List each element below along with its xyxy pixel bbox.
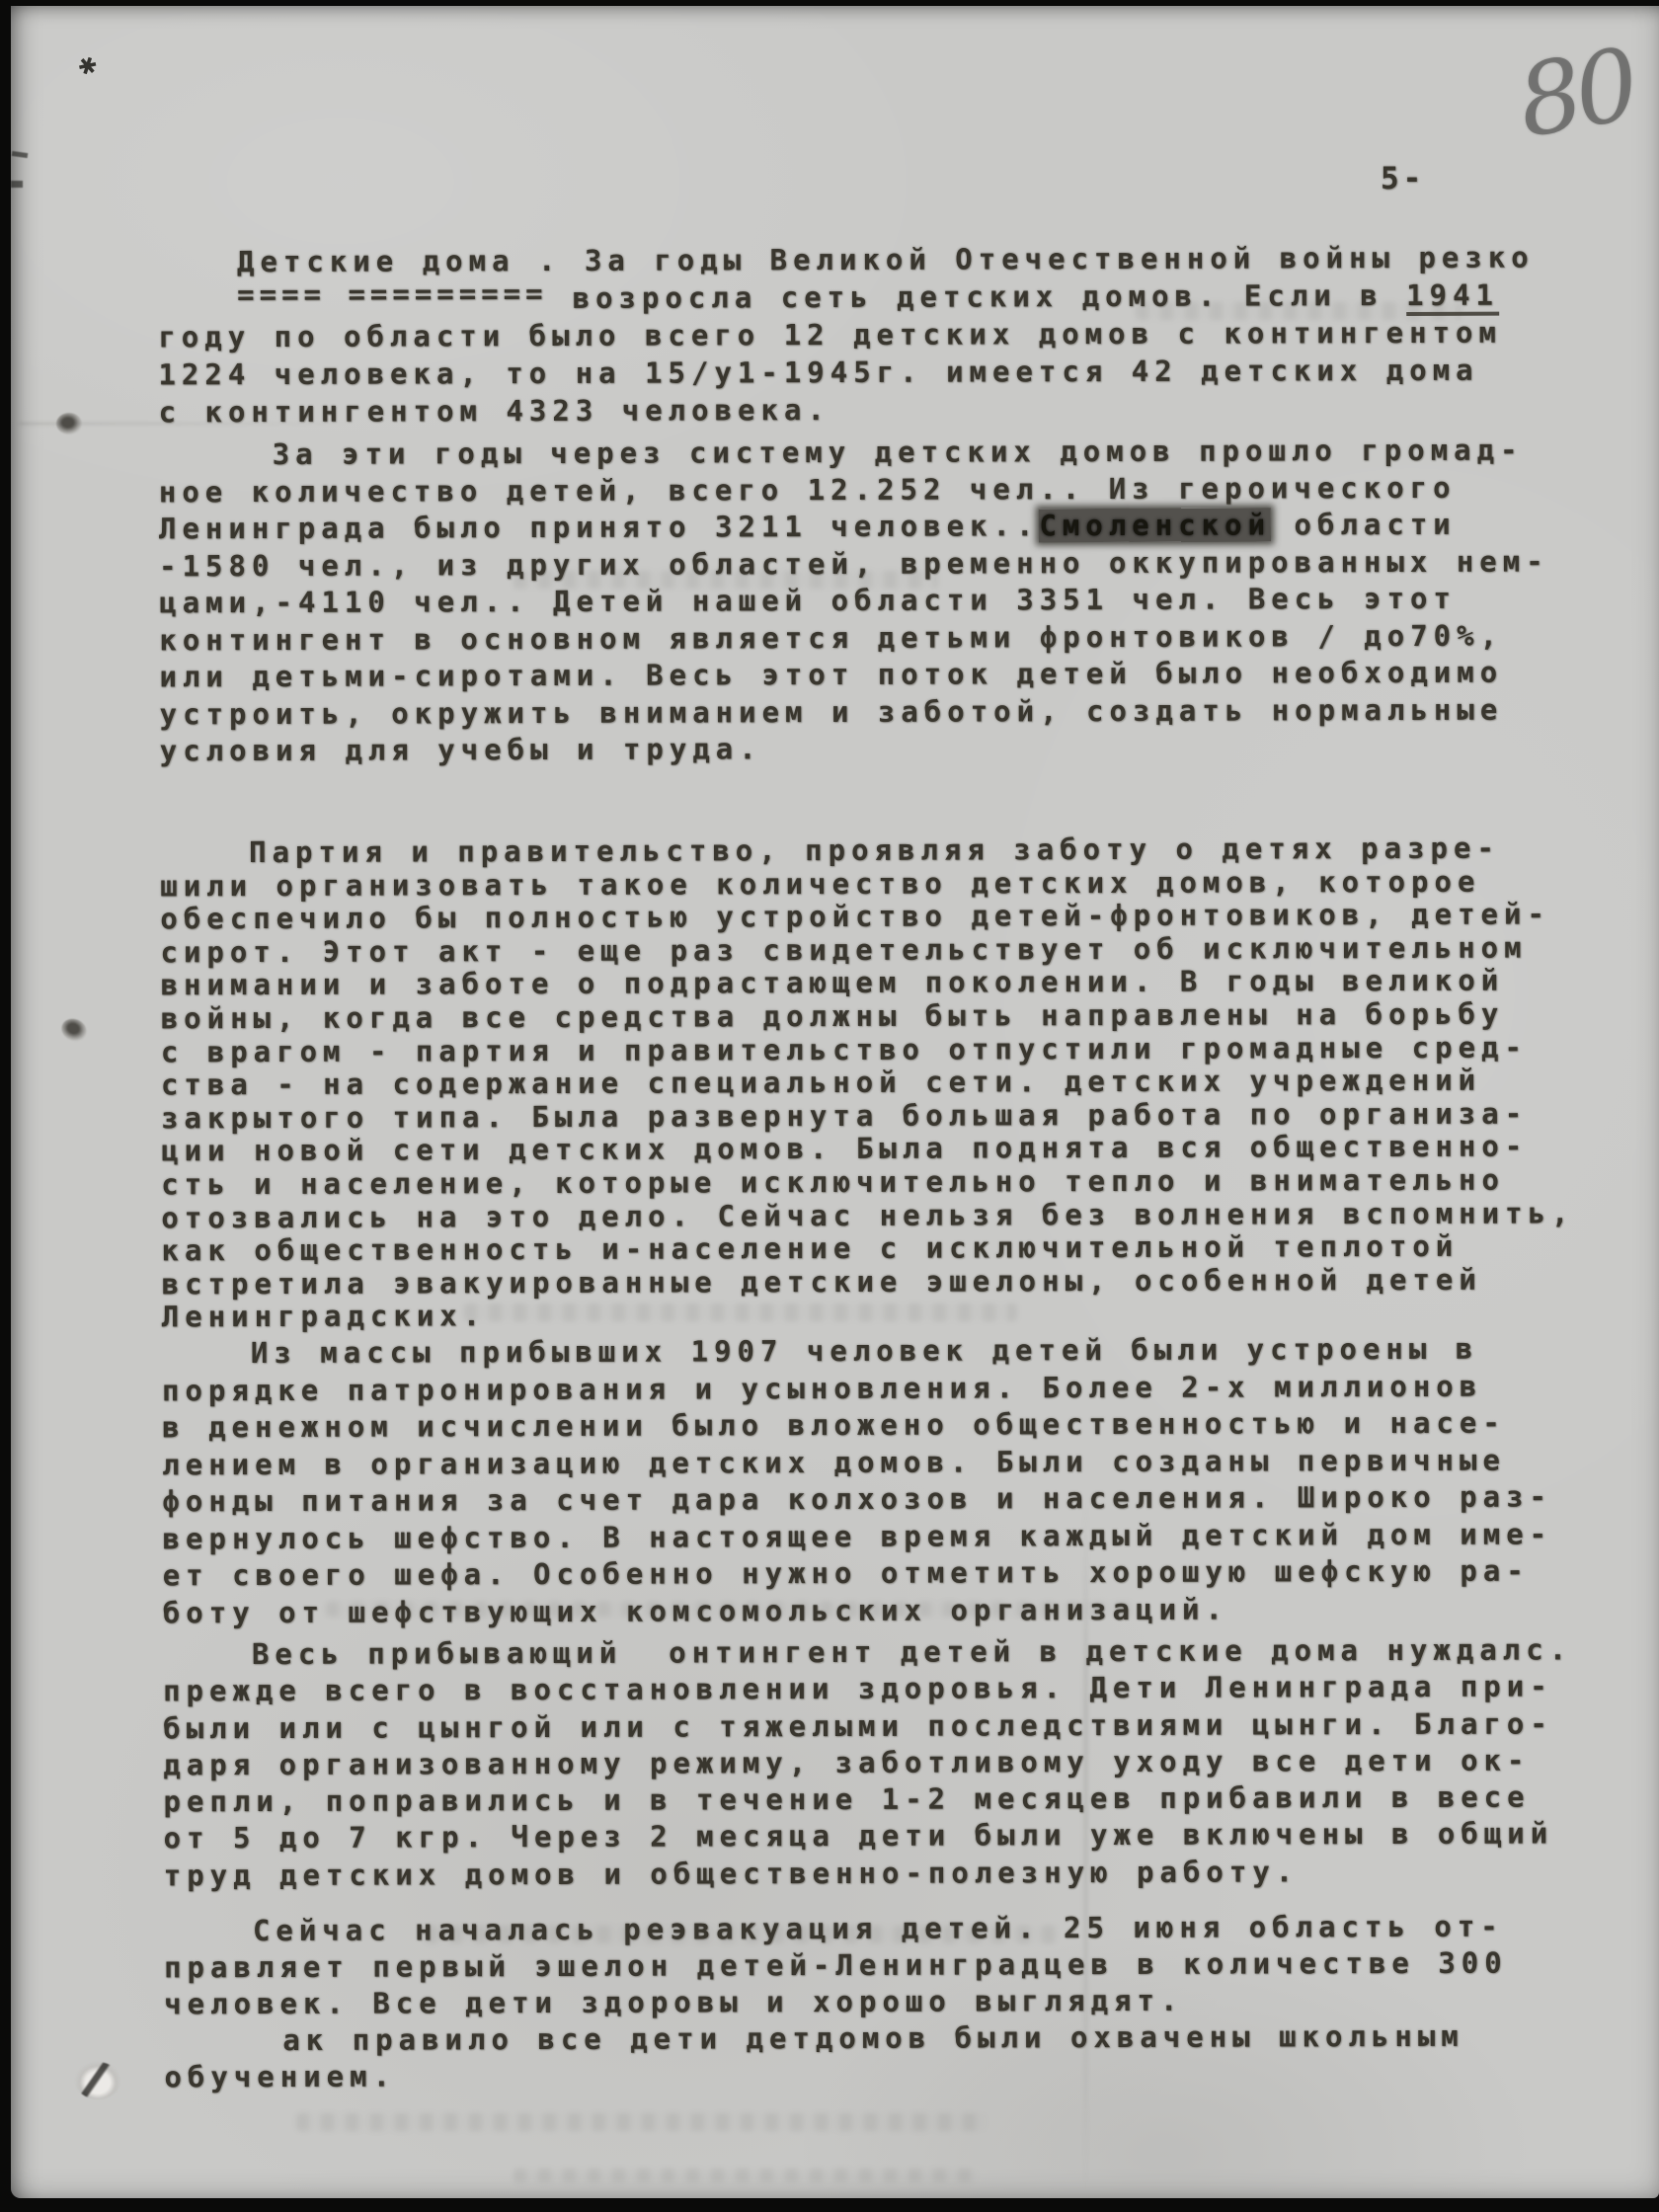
paragraph-reevacuation: Сейчас началась реэвакуация детей. 25 ию… <box>164 1908 1636 2095</box>
text-line: -1580 чел., из других областей, временно… <box>159 543 1630 586</box>
text-line: 1224 человека, то на 15/у1-1945г. имеетс… <box>158 351 1629 393</box>
underlined-year: 1941 <box>1406 278 1499 316</box>
overstruck-word: Смоленской <box>1039 508 1271 542</box>
heading-underline: ==== ========= <box>237 276 548 311</box>
text-line: Сейчас началась реэвакуация детей. 25 ию… <box>164 1908 1635 1949</box>
text-line: обучением. <box>164 2054 1635 2095</box>
text-line: Ленинграда было принято 3211 человек..См… <box>159 506 1630 548</box>
text-line: устроить, окружить вниманием и заботой, … <box>160 691 1631 734</box>
paragraph-party-government: Партия и правительство, проявляя заботу … <box>160 831 1633 1334</box>
paragraph-children-count: За эти годы через систему детских домов … <box>159 432 1631 770</box>
section-heading: Детские дома <box>237 244 515 278</box>
text-line: ак правило все дети детдомов были охваче… <box>164 2017 1635 2059</box>
text-line: человек. Все дети здоровы и хорошо выгля… <box>164 1981 1635 2022</box>
text-line: Детские дома . За годы Великой Отечестве… <box>158 238 1629 280</box>
text-line: цами,-4110 чел.. Детей нашей области 335… <box>159 580 1630 622</box>
text-line: условия для учебы и труда. <box>160 728 1631 770</box>
text-line: труд детских домов и общественно-полезну… <box>164 1853 1635 1894</box>
text-line: порядке патронирования и усыновления. Бо… <box>162 1368 1633 1410</box>
paragraph-health-recovery: Весь прибывающий онтингент детей в детск… <box>163 1631 1635 1894</box>
text-line: репли, поправились и в течение 1-2 месяц… <box>163 1778 1634 1820</box>
text-line: правляет первый эшелон детей-Ленинградце… <box>164 1944 1635 1986</box>
text-line: Из массы прибывших 1907 человек детей бы… <box>162 1330 1633 1373</box>
text-line: ное количество детей, всего 12.252 чел..… <box>159 469 1630 512</box>
text-line: боту от шефствующих комсомольских органи… <box>163 1590 1634 1632</box>
typed-text-block: Детские дома . За годы Великой Отечестве… <box>0 0 1659 2212</box>
text-line: прежде всего в восстановлении здоровья. … <box>163 1668 1634 1709</box>
scan-background: { "page": { "handwritten_number": "80", … <box>0 0 1659 2212</box>
text-line: в денежном исчислении было вложено общес… <box>162 1404 1633 1447</box>
paragraph-patronage-funds: Из массы прибывших 1907 человек детей бы… <box>162 1330 1634 1631</box>
text-line: Ленинградских. <box>162 1296 1633 1334</box>
text-line: Весь прибывающий онтингент детей в детск… <box>163 1631 1634 1673</box>
text-line: ==== =========возросла сеть детских домо… <box>158 276 1629 318</box>
text-line: лением в организацию детских домов. Были… <box>162 1442 1633 1484</box>
text-line: году по области было всего 12 детских до… <box>158 313 1629 355</box>
text-line: контингент в основном является детьми фр… <box>159 617 1630 660</box>
text-line: даря организованному режиму, заботливому… <box>163 1742 1634 1783</box>
text-line: были или с цынгой или с тяжелыми последс… <box>163 1705 1634 1747</box>
text-line: от 5 до 7 кгр. Через 2 месяца дети были … <box>164 1816 1635 1857</box>
text-line: За эти годы через систему детских домов … <box>159 432 1630 474</box>
text-line: или детьми-сиротами. Весь этот поток дет… <box>159 654 1630 696</box>
text-line: вернулось шефство. В настоящее время каж… <box>162 1516 1633 1558</box>
text-line: фонды питания за счет дара колхозов и на… <box>162 1478 1633 1521</box>
paragraph-children-homes-intro: Детские дома . За годы Великой Отечестве… <box>158 238 1630 431</box>
text-line: встретила эвакуированные детские эшелоны… <box>162 1263 1633 1302</box>
text-line: с контингентом 4323 человека. <box>158 388 1629 431</box>
text-line: ет своего шефа. Особенно нужно отметить … <box>163 1552 1634 1595</box>
